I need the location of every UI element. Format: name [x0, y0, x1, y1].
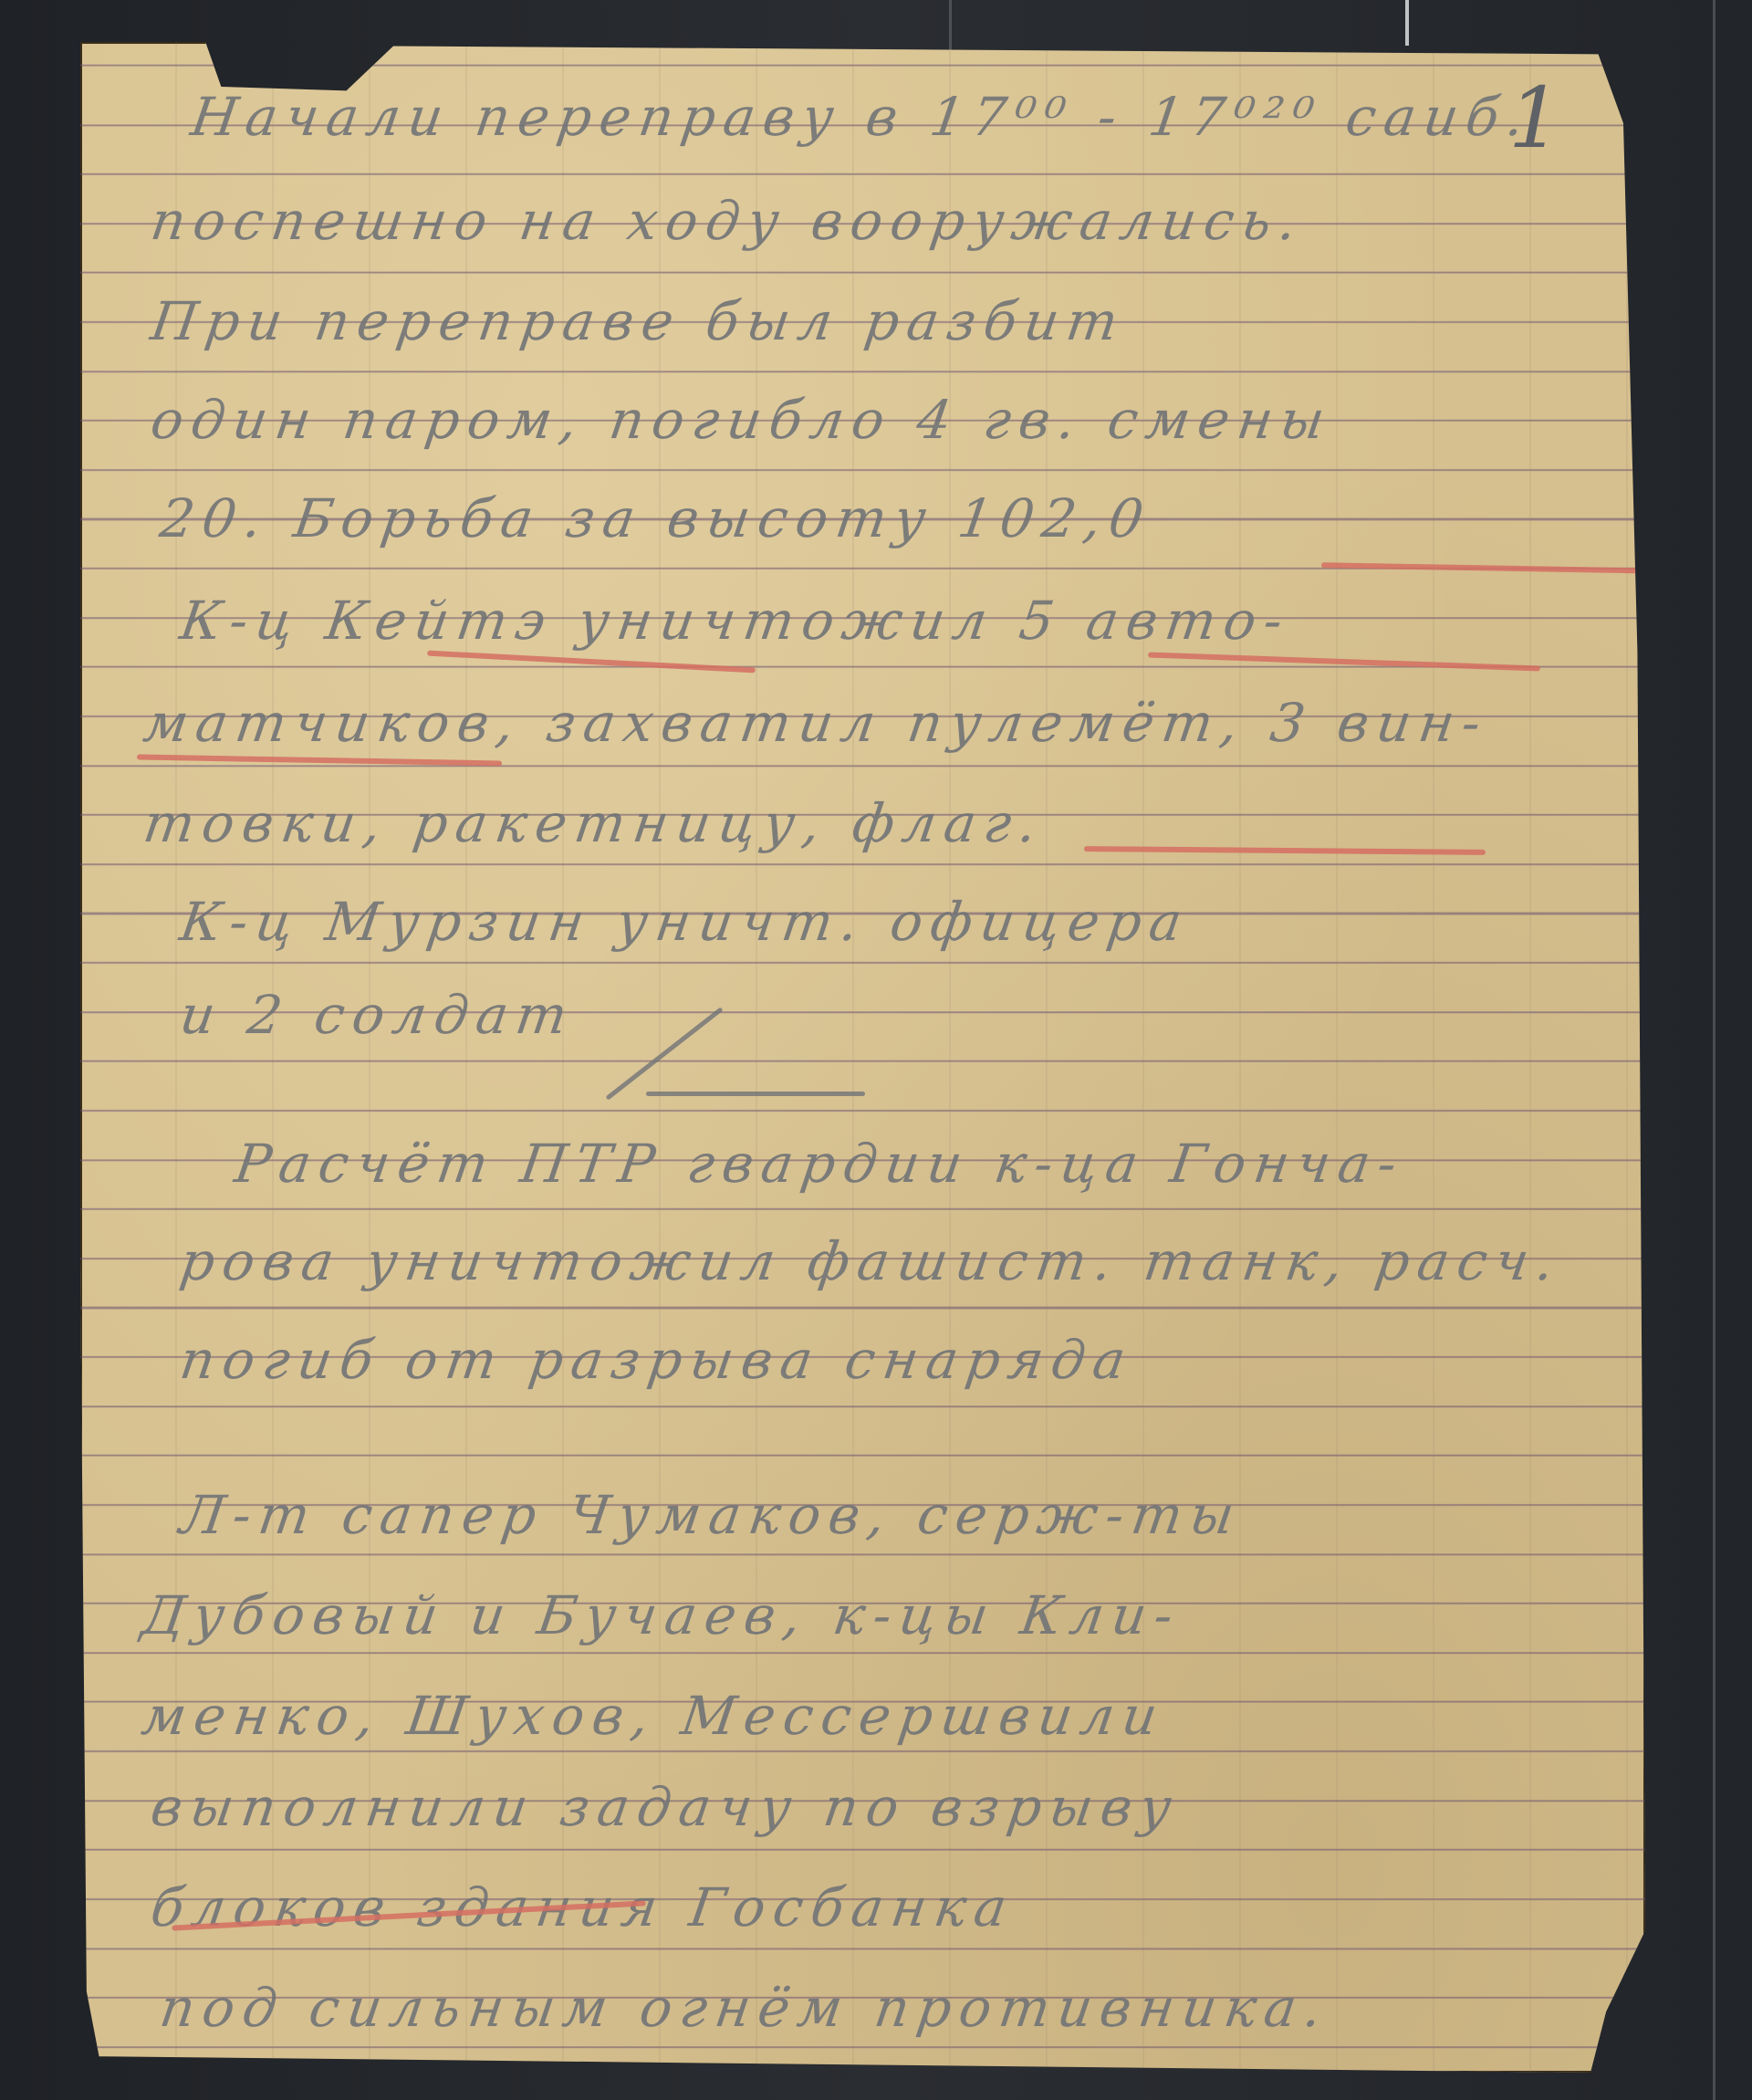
string-thread — [1405, 0, 1409, 46]
text-line-10: и 2 солдат — [176, 984, 579, 1046]
text-line-7: матчиков, захватил пулемёт, 3 вин- — [140, 692, 1493, 754]
text-line-5: 20. Борьба за высоту 102,0 — [156, 487, 1155, 549]
text-line-14: Л-т сапер Чумаков, серж-ты — [176, 1484, 1246, 1546]
text-line-15: Дубовый и Бучаев, к-цы Кли- — [138, 1584, 1184, 1646]
text-line-3: При переправе был разбит — [147, 290, 1130, 352]
pencil-separator — [646, 1092, 865, 1096]
text-line-4: один паром, погибло 4 гв. смены — [147, 389, 1336, 451]
binder-line — [1713, 0, 1715, 2100]
text-line-6: К-ц Кейтэ уничтожил 5 авто- — [176, 590, 1294, 652]
text-line-17: выполнили задачу по взрыву — [147, 1776, 1184, 1838]
text-line-2: поспешно на ходу вооружались. — [147, 190, 1309, 252]
text-line-16: менко, Шухов, Мессершвили — [138, 1685, 1169, 1747]
text-line-13: погиб от разрыва снаряда — [176, 1329, 1137, 1391]
text-line-19: под сильным огнём противника. — [156, 1977, 1333, 2039]
binder-line — [949, 0, 952, 55]
text-line-11: Расчёт ПТР гвардии к-ца Гонча- — [231, 1133, 1408, 1195]
text-line-1: Начали переправу в 17⁰⁰ - 17⁰²⁰ саиб. — [187, 86, 1536, 148]
text-line-12: рова уничтожил фашист. танк, расч. — [176, 1230, 1566, 1292]
text-line-9: К-ц Мурзин уничт. офицера — [176, 891, 1194, 953]
handwritten-page: 1 Начали переправу в 17⁰⁰ - 17⁰²⁰ саиб. … — [80, 42, 1645, 2073]
text-line-8: товки, ракетницу, флаг. — [140, 792, 1048, 854]
